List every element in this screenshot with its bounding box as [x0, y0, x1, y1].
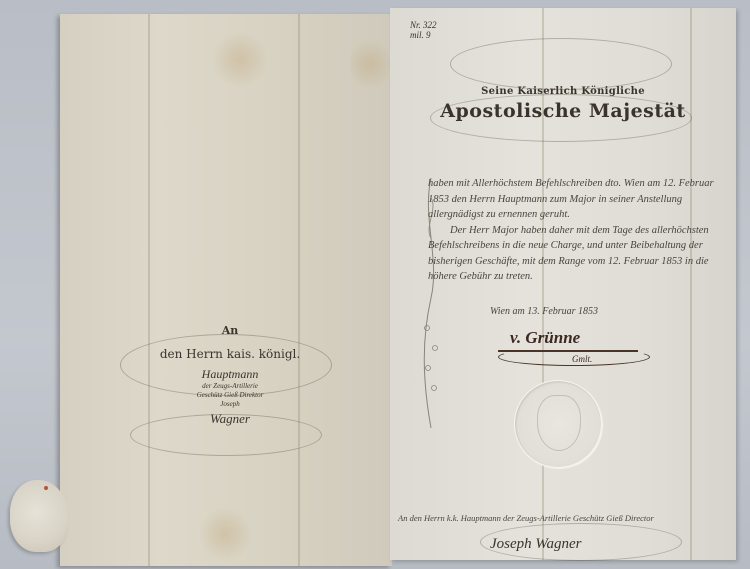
- footer-recipient-name: Joseph Wagner: [490, 536, 582, 553]
- signature-suffix: Gmlt.: [572, 354, 592, 364]
- footer-address: An den Herrn k.k. Hauptmann der Zeugs-Ar…: [398, 513, 654, 523]
- decree-page: Nr. 322 mil. 9 Seine Kaiserlich Königlic…: [390, 8, 736, 560]
- address-rank: Hauptmann: [130, 367, 330, 382]
- address-unit-line1: der Zeugs-Artillerie: [130, 382, 330, 391]
- red-wax-spot: [44, 486, 48, 490]
- reference-number-line1: Nr. 322: [410, 20, 437, 30]
- address-first-name: Joseph: [130, 400, 330, 409]
- address-unit-line2: Geschütz Gieß Direktor: [130, 391, 330, 400]
- decree-paragraph-2: Der Herr Major haben daher mit dem Tage …: [428, 223, 728, 285]
- eagle-crest-icon: [537, 395, 581, 451]
- water-stain: [350, 34, 390, 94]
- dateline: Wien am 13. Februar 1853: [490, 306, 598, 317]
- document-cover-page: An den Herrn kais. königl. Hauptmann der…: [60, 14, 392, 566]
- address-last-name: Wagner: [130, 411, 330, 427]
- header-title-line1: Seine Kaiserlich Königliche: [390, 86, 736, 97]
- address-title: den Herrn kais. königl.: [130, 347, 330, 361]
- calligraphic-flourish: [450, 38, 672, 90]
- fold-crease: [148, 14, 150, 566]
- reference-number-line2: mil. 9: [410, 30, 437, 40]
- header-title-line2: Apostolische Majestät: [390, 100, 736, 122]
- wax-seal-fragment: [10, 480, 68, 552]
- address-salutation: An: [130, 324, 330, 337]
- address-block: An den Herrn kais. königl. Hauptmann der…: [130, 324, 330, 427]
- signature: v. Grünne: [510, 328, 580, 348]
- reference-number: Nr. 322 mil. 9: [410, 20, 437, 40]
- water-stain: [200, 504, 250, 564]
- decree-paragraph-1: haben mit Allerhöchstem Befehlschreiben …: [428, 176, 728, 223]
- fold-crease: [298, 14, 300, 566]
- water-stain: [210, 32, 270, 87]
- embossed-seal-icon: [514, 380, 602, 468]
- decree-body: haben mit Allerhöchstem Befehlschreiben …: [428, 176, 728, 285]
